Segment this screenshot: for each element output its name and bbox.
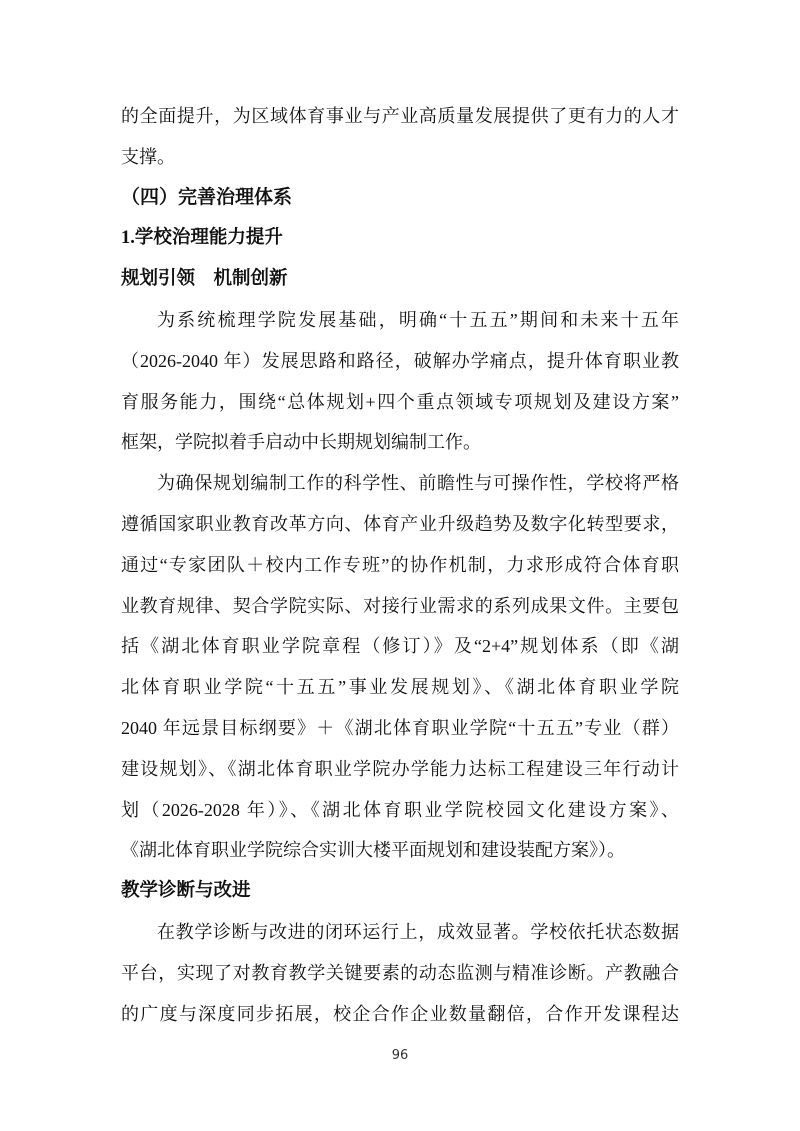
page-number: 96 (0, 1048, 800, 1063)
text-line: 为确保规划编制工作的科学性、前瞻性与可操作性，学校将严格 (121, 463, 679, 504)
text-line: 在教学诊断与改进的闭环运行上，成效显著。学校依托状态数据 (121, 912, 679, 953)
heading-text: 教学诊断与改进 (121, 871, 679, 912)
text-line: 通过“专家团队＋校内工作专班”的协作机制，力求形成符合体育职 (121, 545, 679, 586)
text-line: 业教育规律、契合学院实际、对接行业需求的系列成果文件。主要包 (121, 586, 679, 627)
text-line: 北体育职业学院“十五五”事业发展规划》、《湖北体育职业学院 (121, 667, 679, 708)
heading-teaching-diagnosis: 教学诊断与改进 (121, 871, 679, 912)
text-line: 划（2026-2028 年）》、《湖北体育职业学院校园文化建设方案》、 (121, 790, 679, 831)
text-line: 的广度与深度同步拓展，校企合作企业数量翻倍，合作开发课程达 (121, 994, 679, 1035)
text-line: 育服务能力，围绕“总体规划+四个重点领域专项规划及建设方案” (121, 382, 679, 423)
text-line: 建设规划》、《湖北体育职业学院办学能力达标工程建设三年行动计 (121, 749, 679, 790)
heading-text: 1.学校治理能力提升 (121, 218, 679, 259)
text-line: 支撑。 (121, 137, 679, 178)
text-line: 框架，学院拟着手启动中长期规划编制工作。 (121, 422, 679, 463)
text-line: 括《湖北体育职业学院章程（修订）》及“2+4”规划体系（即《湖 (121, 626, 679, 667)
heading-school-governance-capacity: 1.学校治理能力提升 (121, 218, 679, 259)
text-line: 为系统梳理学院发展基础，明确“十五五”期间和未来十五年 (121, 300, 679, 341)
heading-text: （四）完善治理体系 (121, 178, 679, 219)
text-line: 遵循国家职业教育改革方向、体育产业升级趋势及数字化转型要求， (121, 504, 679, 545)
text-line: （2026-2040 年）发展思路和路径，破解办学痛点，提升体育职业教 (121, 341, 679, 382)
para-diagnosis-results: 在教学诊断与改进的闭环运行上，成效显著。学校依托状态数据平台，实现了对教育教学关… (121, 912, 679, 1034)
heading-text: 规划引领 机制创新 (121, 259, 679, 300)
text-line: 的全面提升，为区域体育事业与产业高质量发展提供了更有力的人才 (121, 96, 679, 137)
heading-planning-mechanism: 规划引领 机制创新 (121, 259, 679, 300)
para-planning-overview: 为系统梳理学院发展基础，明确“十五五”期间和未来十五年（2026-2040 年）… (121, 300, 679, 463)
para-talent-support: 的全面提升，为区域体育事业与产业高质量发展提供了更有力的人才支撑。 (121, 96, 679, 178)
text-line: 2040 年远景目标纲要》＋《湖北体育职业学院“十五五”专业（群） (121, 708, 679, 749)
text-line: 《湖北体育职业学院综合实训大楼平面规划和建设装配方案》）。 (121, 830, 679, 871)
document-content: 的全面提升，为区域体育事业与产业高质量发展提供了更有力的人才支撑。（四）完善治理… (121, 96, 679, 1034)
document-page: 的全面提升，为区域体育事业与产业高质量发展提供了更有力的人才支撑。（四）完善治理… (0, 0, 800, 1131)
para-planning-documents: 为确保规划编制工作的科学性、前瞻性与可操作性，学校将严格遵循国家职业教育改革方向… (121, 463, 679, 871)
heading-governance-system: （四）完善治理体系 (121, 178, 679, 219)
text-line: 平台，实现了对教育教学关键要素的动态监测与精准诊断。产教融合 (121, 953, 679, 994)
